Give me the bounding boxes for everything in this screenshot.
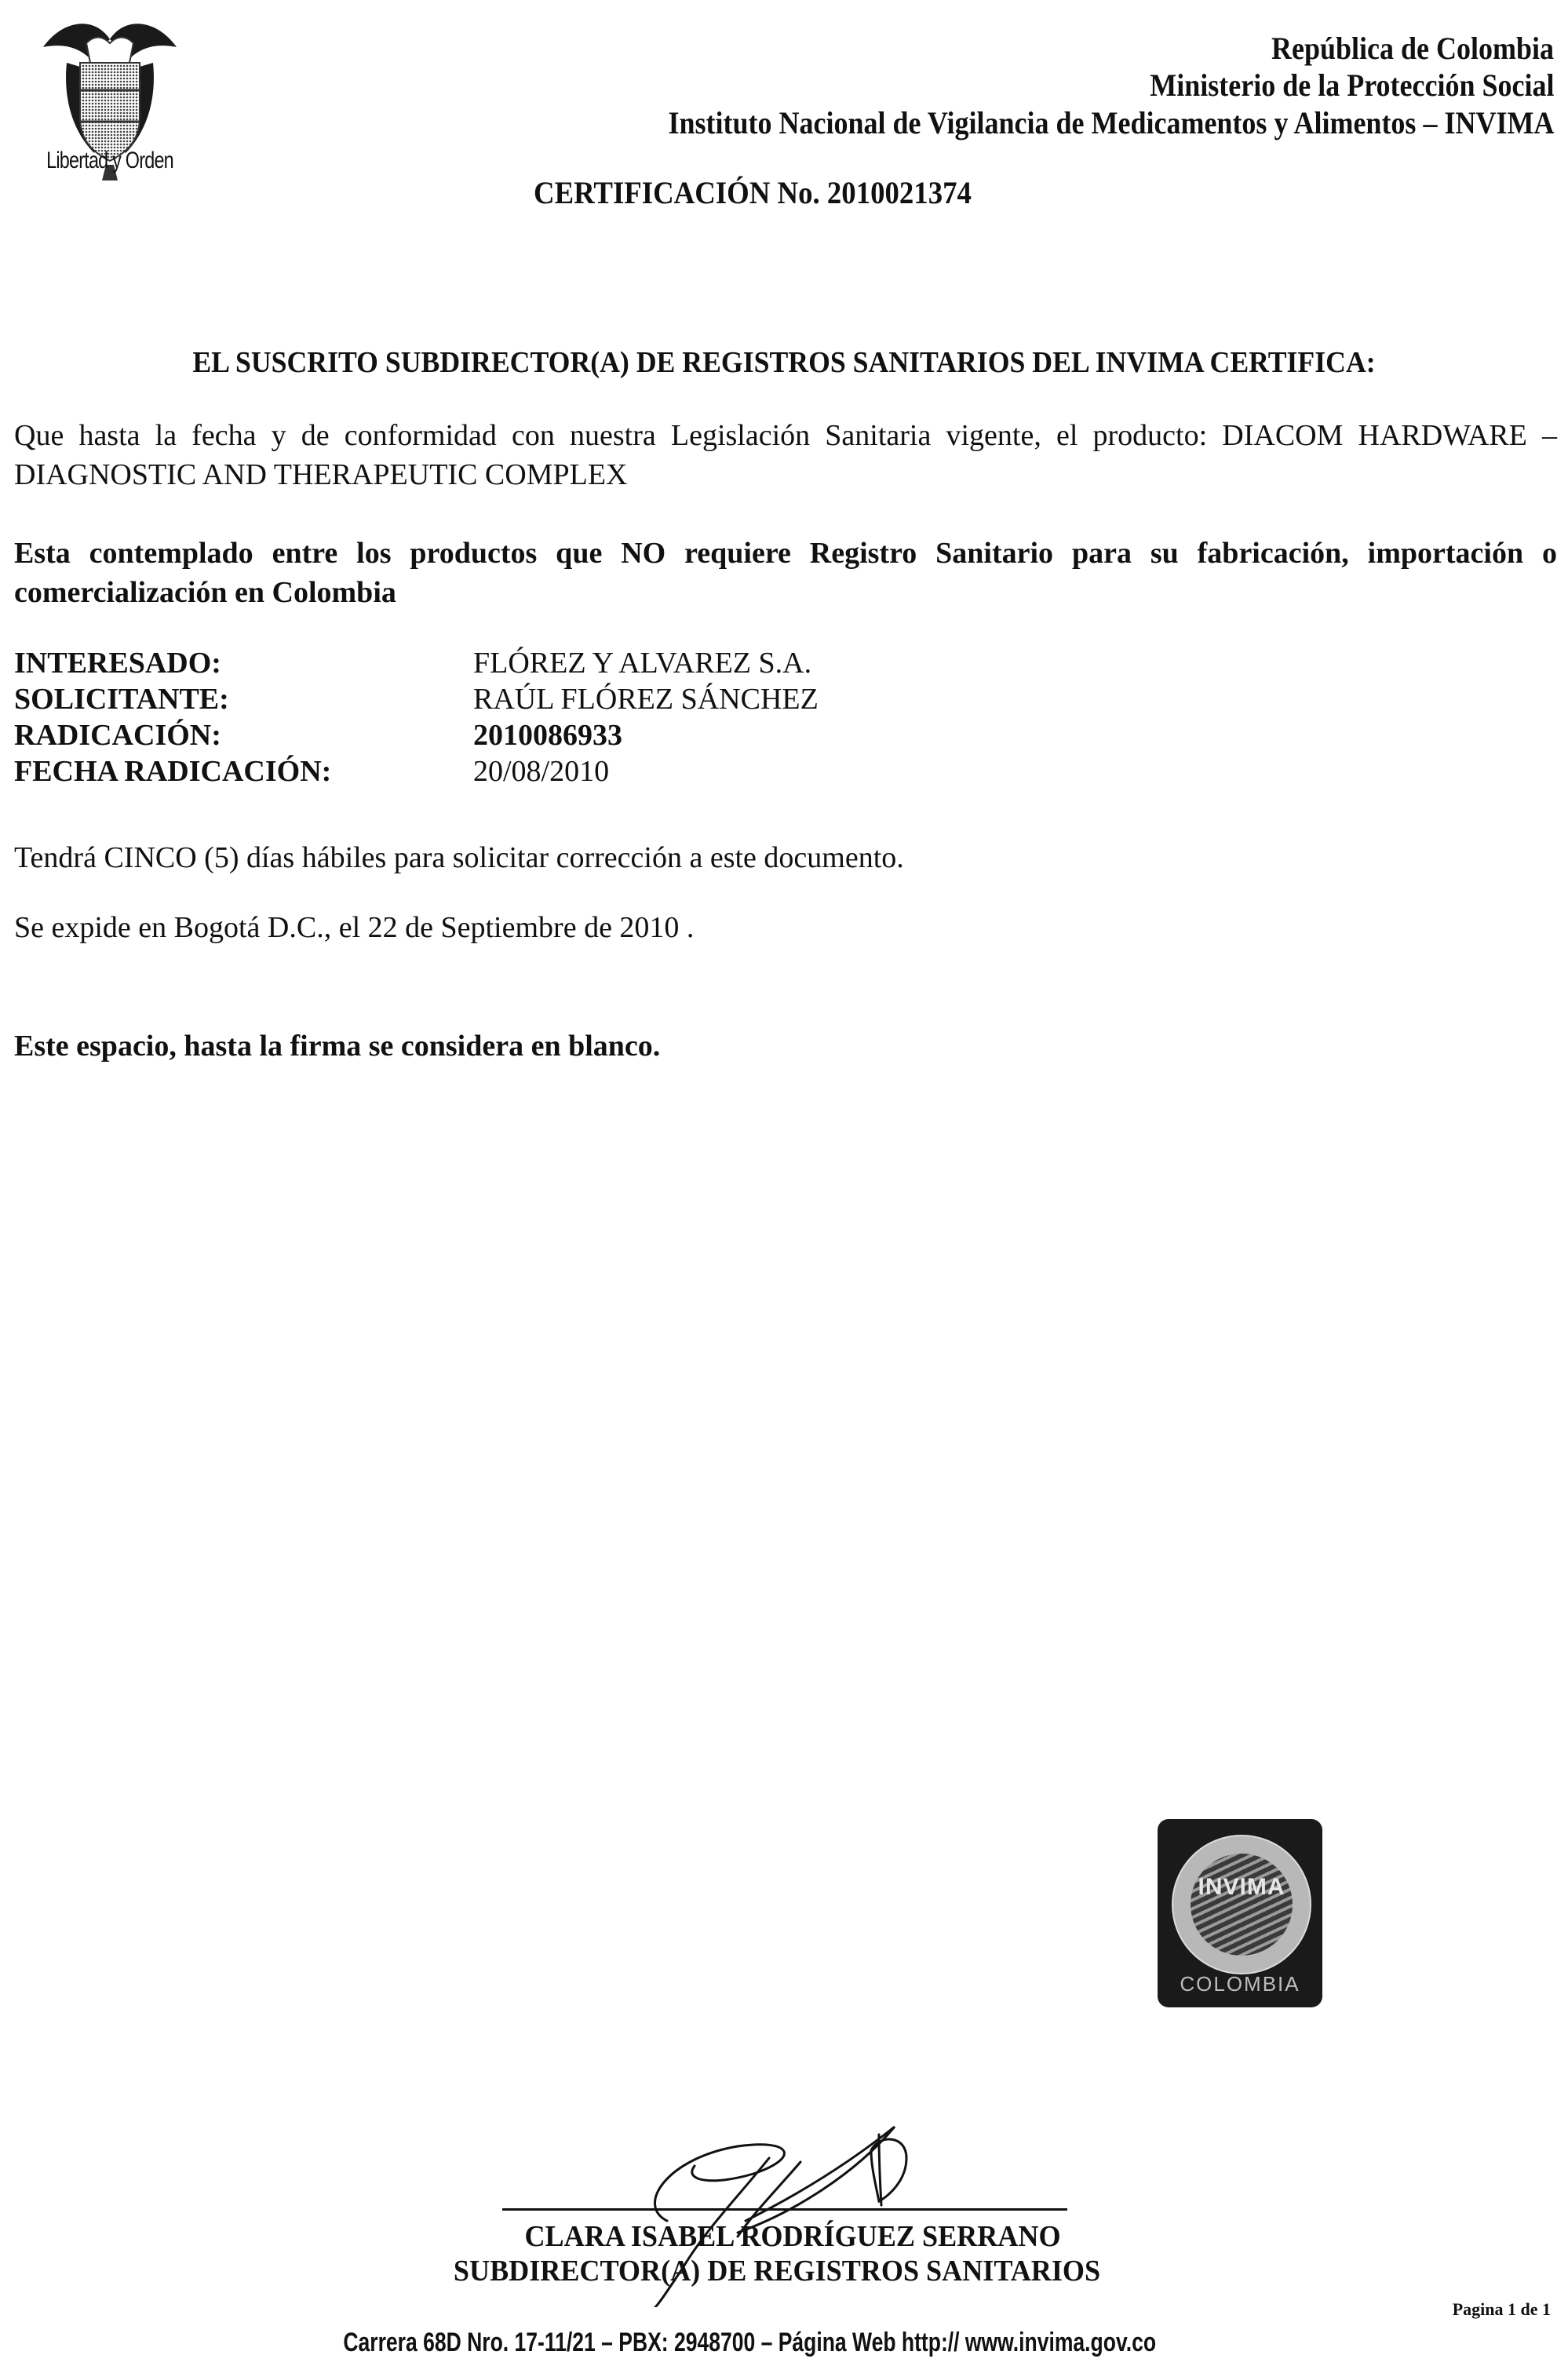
signer-name: CLARA ISABEL RODRÍGUEZ SERRANO xyxy=(458,2219,1129,2254)
seal-center-icon xyxy=(1191,1854,1293,1956)
correction-notice: Tendrá CINCO (5) días hábiles para solic… xyxy=(14,838,1557,877)
certification-number: CERTIFICACIÓN No. 2010021374 xyxy=(534,174,972,211)
certifica-heading: EL SUSCRITO SUBDIRECTOR(A) DE REGISTROS … xyxy=(47,345,1521,380)
product-paragraph: Que hasta la fecha y de conformidad con … xyxy=(14,416,1557,494)
footer-contact-info: Carrera 68D Nro. 17-11/21 – PBX: 2948700… xyxy=(138,2328,1361,2358)
field-row-fecha-radicacion: FECHA RADICACIÓN: 20/08/2010 xyxy=(14,753,819,789)
field-value: RAÚL FLÓREZ SÁNCHEZ xyxy=(473,681,819,717)
field-label: SOLICITANTE: xyxy=(14,681,473,717)
field-label: INTERESADO: xyxy=(14,645,473,681)
seal-ring-icon: INVIMA xyxy=(1172,1835,1311,1974)
seal-country: COLOMBIA xyxy=(1158,1972,1322,1996)
seal-logo-text: INVIMA xyxy=(1173,1874,1310,1901)
issued-text: Se expide en Bogotá D.C., el 22 de Septi… xyxy=(14,908,1557,947)
field-row-radicacion: RADICACIÓN: 2010086933 xyxy=(14,717,819,753)
signer-title: SUBDIRECTOR(A) DE REGISTROS SANITARIOS xyxy=(397,2254,1158,2288)
field-value: 20/08/2010 xyxy=(473,753,609,789)
exemption-paragraph: Esta contemplado entre los productos que… xyxy=(14,534,1557,612)
field-value: 2010086933 xyxy=(473,717,622,753)
field-label: RADICACIÓN: xyxy=(14,717,473,753)
signature-line xyxy=(502,2208,1067,2211)
blank-space-notice: Este espacio, hasta la firma se consider… xyxy=(14,1026,1557,1066)
invima-seal: INVIMA COLOMBIA xyxy=(1158,1819,1322,2007)
page-number: Pagina 1 de 1 xyxy=(1453,2299,1551,2320)
field-row-interesado: INTERESADO: FLÓREZ Y ALVAREZ S.A. xyxy=(14,645,819,681)
field-row-solicitante: SOLICITANTE: RAÚL FLÓREZ SÁNCHEZ xyxy=(14,681,819,717)
field-value: FLÓREZ Y ALVAREZ S.A. xyxy=(473,645,811,681)
header-ministry: Ministerio de la Protección Social xyxy=(1150,67,1554,104)
field-label: FECHA RADICACIÓN: xyxy=(14,753,473,789)
crest-motto: Libertad y Orden xyxy=(42,148,177,174)
header-country: República de Colombia xyxy=(1271,30,1554,67)
applicant-fields: INTERESADO: FLÓREZ Y ALVAREZ S.A. SOLICI… xyxy=(14,645,819,789)
header-institute: Instituto Nacional de Vigilancia de Medi… xyxy=(668,104,1554,141)
